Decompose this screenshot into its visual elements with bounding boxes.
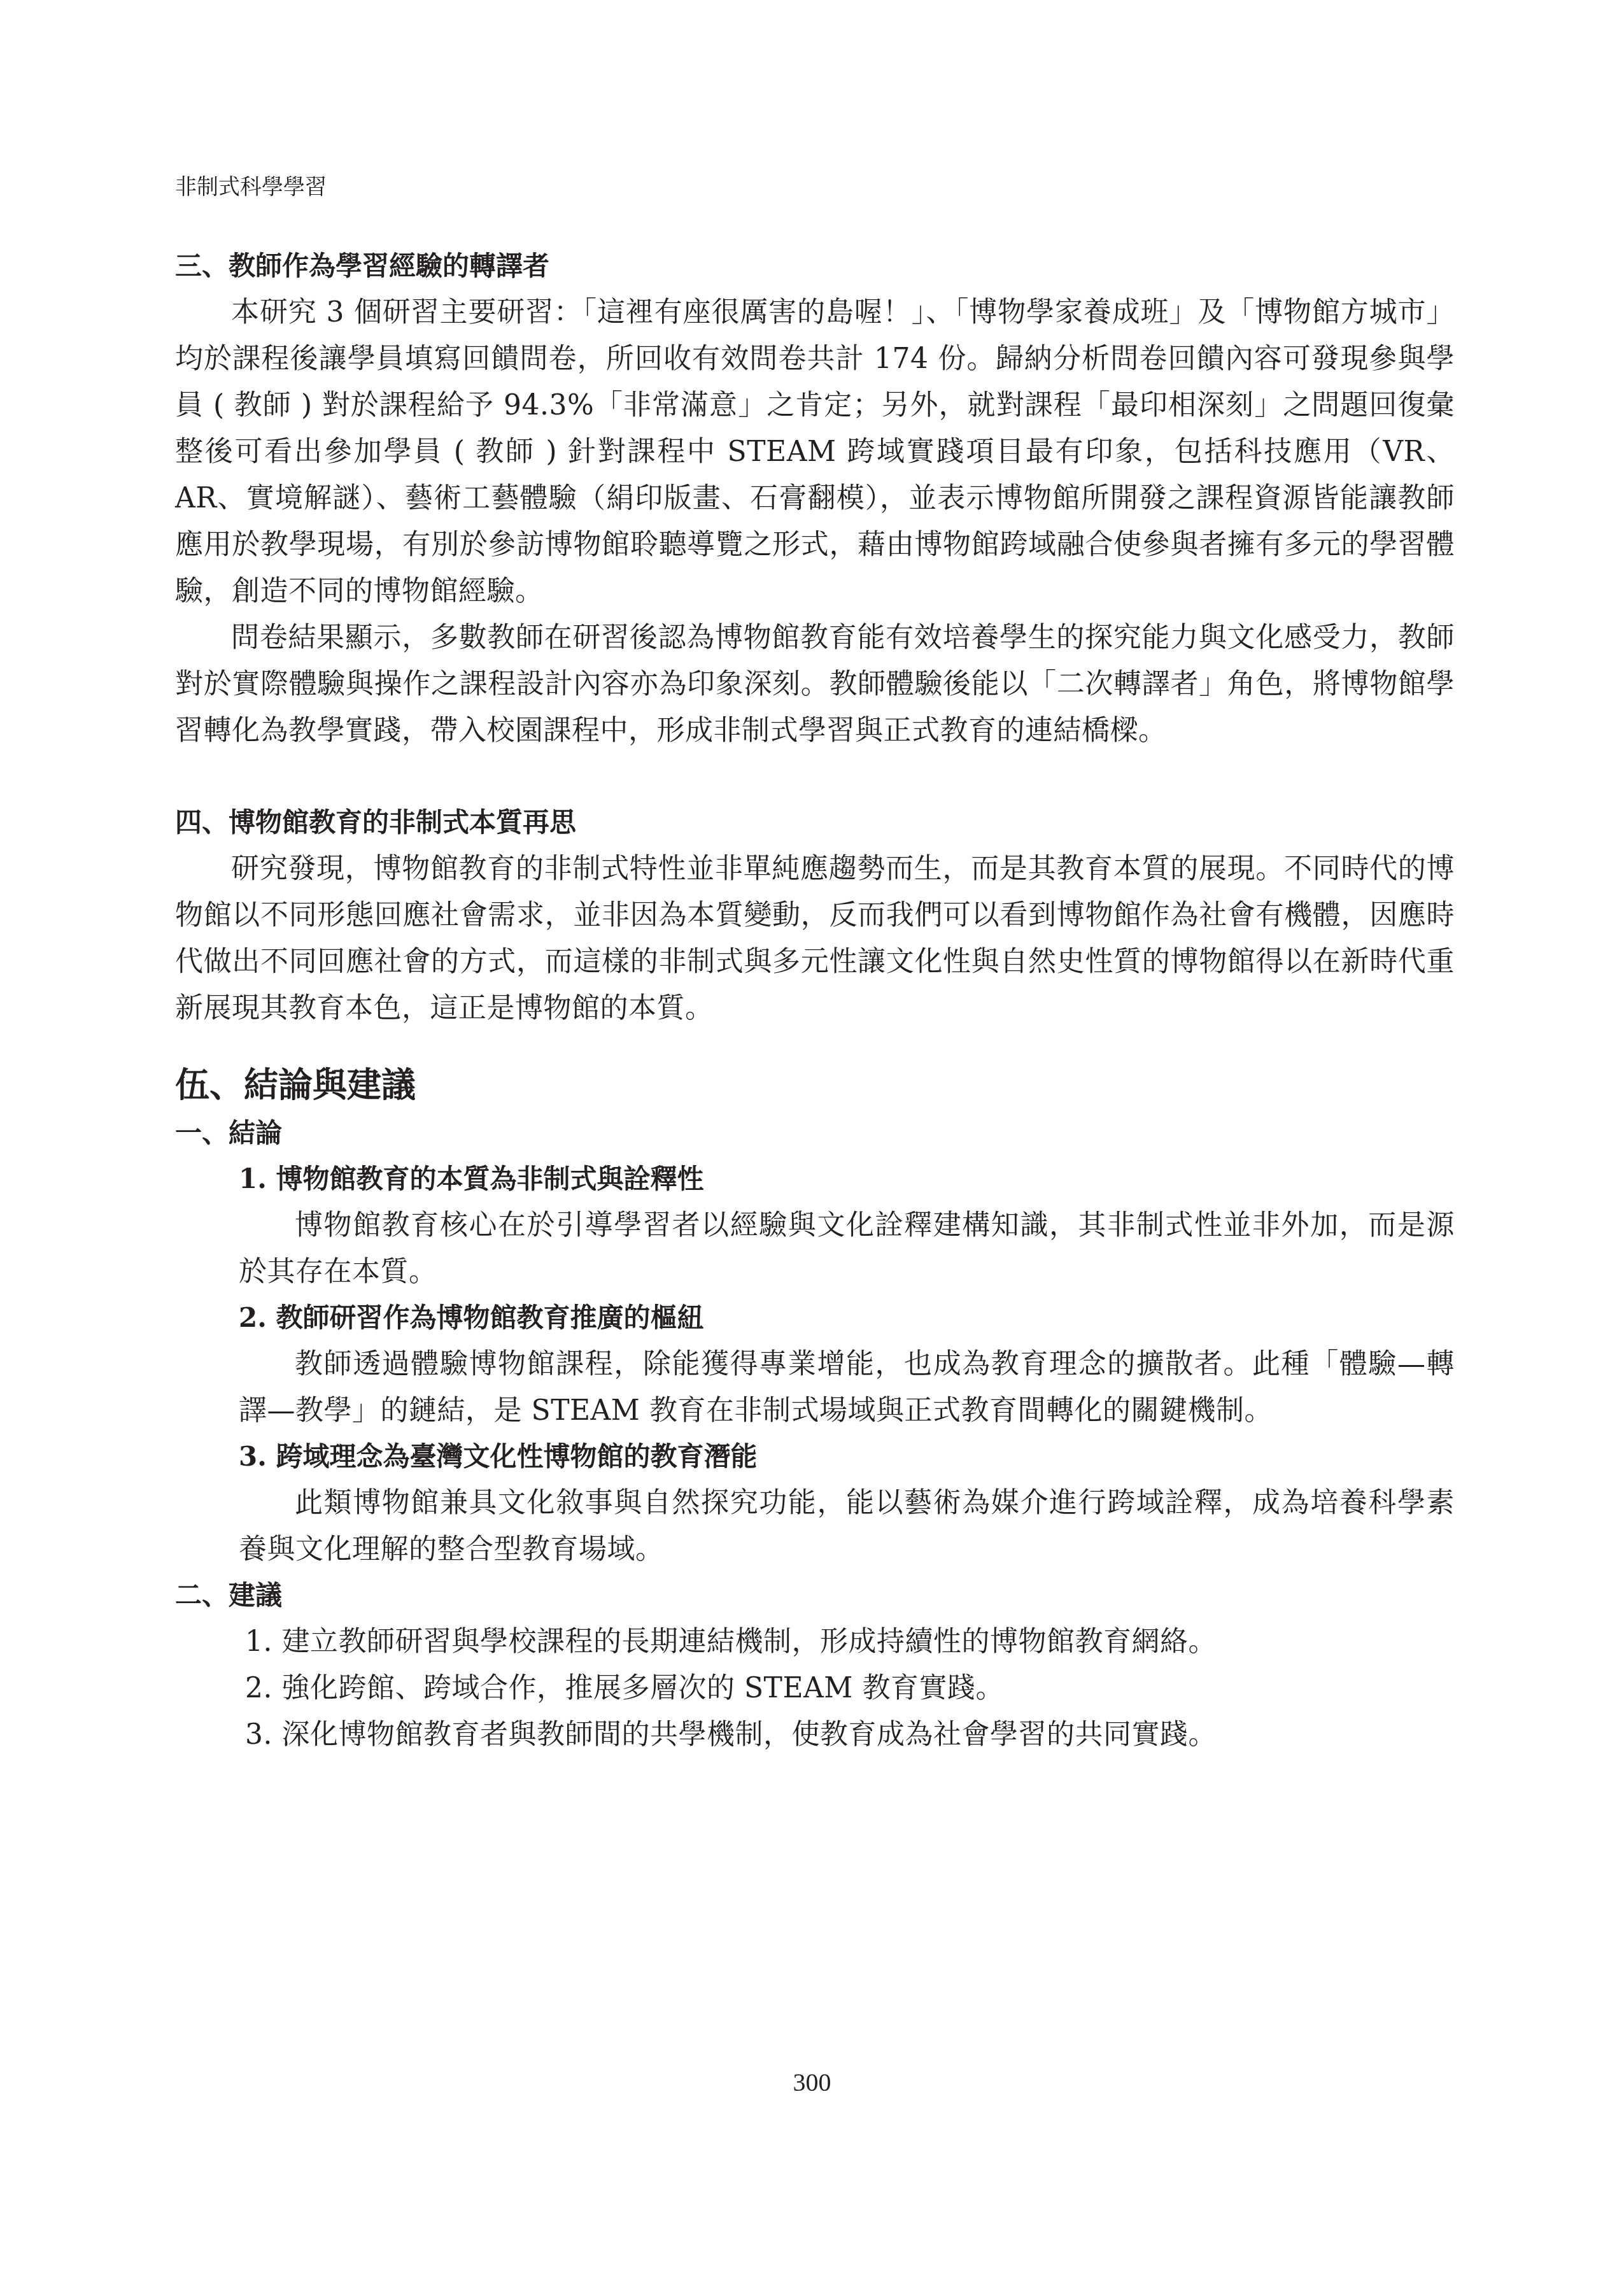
conclusion-item: 1. 博物館教育的本質為非制式與詮釋性 博物館教育核心在於引導學習者以經驗與文化… [175,1156,1455,1295]
document-page: 非制式科學學習 三、教師作為學習經驗的轉譯者 本研究 3 個研習主要研習：「這裡… [0,0,1624,2278]
conclusion-title: 1. 博物館教育的本質為非制式與詮釋性 [175,1156,1455,1202]
conclusion-item: 2. 教師研習作為博物館教育推廣的樞紐 教師透過體驗博物館課程，除能獲得專業增能… [175,1295,1455,1434]
paragraph: 本研究 3 個研習主要研習：「這裡有座很厲害的島喔！」、「博物學家養成班」及「博… [175,289,1455,614]
suggestion-item: 1. 建立教師研習與學校課程的長期連結機制，形成持續性的博物館教育網絡。 [175,1618,1455,1665]
section-heading: 三、教師作為學習經驗的轉譯者 [175,243,1455,289]
conclusion-title: 2. 教師研習作為博物館教育推廣的樞紐 [175,1295,1455,1341]
section-teachers-as-translators: 三、教師作為學習經驗的轉譯者 本研究 3 個研習主要研習：「這裡有座很厲害的島喔… [175,243,1455,754]
spacer [175,1031,1455,1059]
paragraph: 研究發現，博物館教育的非制式特性並非單純應趨勢而生，而是其教育本質的展現。不同時… [175,845,1455,1031]
conclusion-text: 教師透過體驗博物館課程，除能獲得專業增能，也成為教育理念的擴散者。此種「體驗—轉… [175,1341,1455,1434]
conclusion-text: 博物館教育核心在於引導學習者以經驗與文化詮釋建構知識，其非制式性並非外加，而是源… [175,1202,1455,1295]
spacer [175,754,1455,800]
chapter-heading: 伍、結論與建議 [175,1059,1455,1110]
section-heading: 四、博物館教育的非制式本質再思 [175,800,1455,845]
suggestion-item: 2. 強化跨館、跨域合作，推展多層次的 STEAM 教育實踐。 [175,1665,1455,1711]
suggestion-item: 3. 深化博物館教育者與教師間的共學機制，使教育成為社會學習的共同實踐。 [175,1711,1455,1758]
page-content: 三、教師作為學習經驗的轉譯者 本研究 3 個研習主要研習：「這裡有座很厲害的島喔… [175,243,1455,1758]
subsection-heading-conclusions: 一、結論 [175,1110,1455,1156]
conclusion-item: 3. 跨域理念為臺灣文化性博物館的教育潛能 此類博物館兼具文化敘事與自然探究功能… [175,1434,1455,1573]
subsection-heading-suggestions: 二、建議 [175,1573,1455,1618]
section-nonformal-nature: 四、博物館教育的非制式本質再思 研究發現，博物館教育的非制式特性並非單純應趨勢而… [175,800,1455,1031]
running-header: 非制式科學學習 [175,173,327,201]
page-number: 300 [0,2067,1624,2098]
conclusion-text: 此類博物館兼具文化敘事與自然探究功能，能以藝術為媒介進行跨域詮釋，成為培養科學素… [175,1480,1455,1573]
paragraph: 問卷結果顯示，多數教師在研習後認為博物館教育能有效培養學生的探究能力與文化感受力… [175,614,1455,754]
conclusion-title: 3. 跨域理念為臺灣文化性博物館的教育潛能 [175,1434,1455,1480]
chapter-conclusions-and-suggestions: 伍、結論與建議 一、結論 1. 博物館教育的本質為非制式與詮釋性 博物館教育核心… [175,1059,1455,1758]
